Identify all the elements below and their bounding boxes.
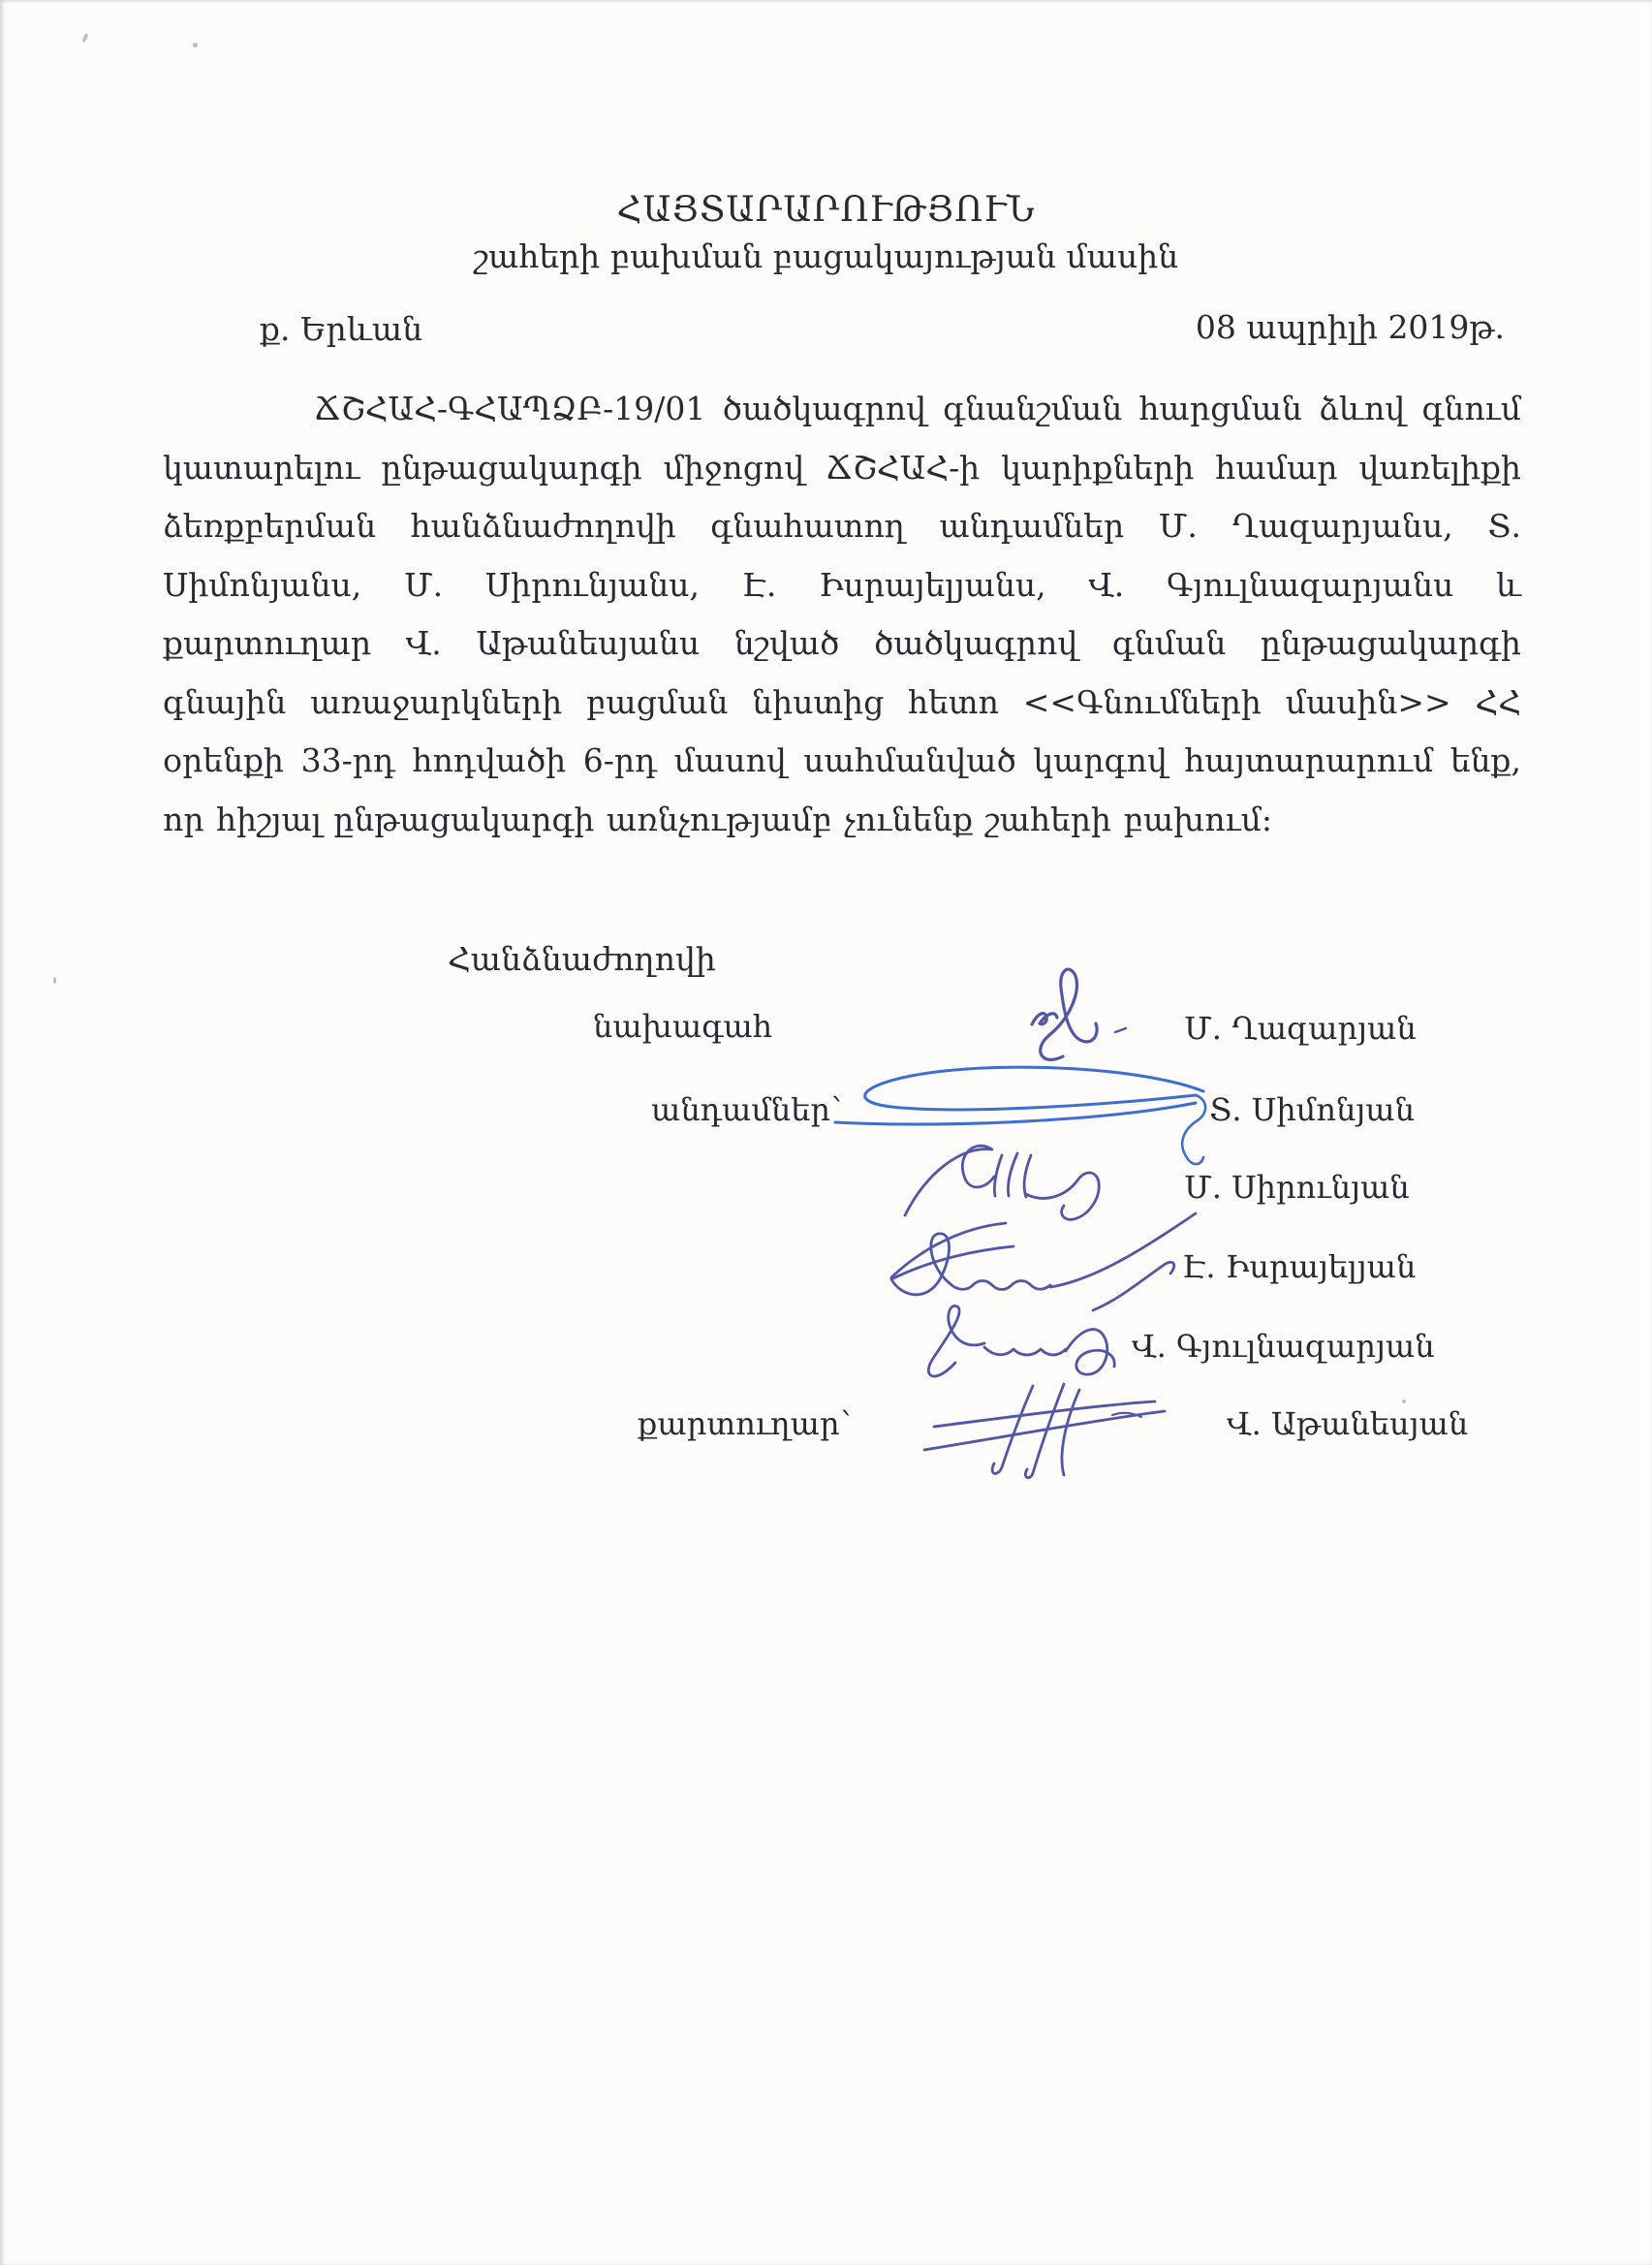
document-date: 08 ապրիլի 2019թ. — [1196, 308, 1505, 346]
signer-name-ghazaryan: Մ. Ղազարյան — [1184, 1010, 1417, 1047]
role-secretary-label: քարտուղար` — [638, 1405, 856, 1442]
document-title: ՀԱՅՏԱՐԱՐՈՒԹՅՈՒՆ — [0, 190, 1652, 230]
document-subtitle: շահերի բախման բացակայության մասին — [0, 237, 1652, 275]
scan-speck — [193, 43, 198, 47]
declaration-paragraph: ՃՇՀԱՀ-ԳՀԱՊՁԲ-19/01 ծածկագրով գնանշման հա… — [163, 380, 1521, 849]
signer-name-sirunyan: Մ. Սիրունյան — [1184, 1169, 1410, 1206]
scan-speck — [81, 33, 89, 44]
document-city: ք. Երևան — [260, 310, 422, 348]
scan-speck — [53, 977, 56, 984]
scanned-document-page: ՀԱՅՏԱՐԱՐՈՒԹՅՈՒՆ շահերի բախման բացակայութ… — [0, 0, 1652, 2265]
role-chairman-label: նախագահ — [593, 1008, 772, 1045]
signature-chairman-ink — [1003, 964, 1138, 1071]
signer-name-israyelyan: Է. Իսրայելյան — [1182, 1248, 1416, 1285]
signer-name-simonyan: Տ. Սիմոնյան — [1209, 1091, 1415, 1128]
scan-speck — [1402, 1400, 1406, 1403]
signer-name-gyulnazaryan: Վ. Գյուլնազարյան — [1132, 1328, 1435, 1365]
signer-name-atanesyan: Վ. Աթանեսյան — [1227, 1405, 1468, 1442]
signature-secretary-atanesyan-ink — [919, 1378, 1170, 1485]
commission-heading: Հանձնաժողովի — [448, 940, 716, 978]
